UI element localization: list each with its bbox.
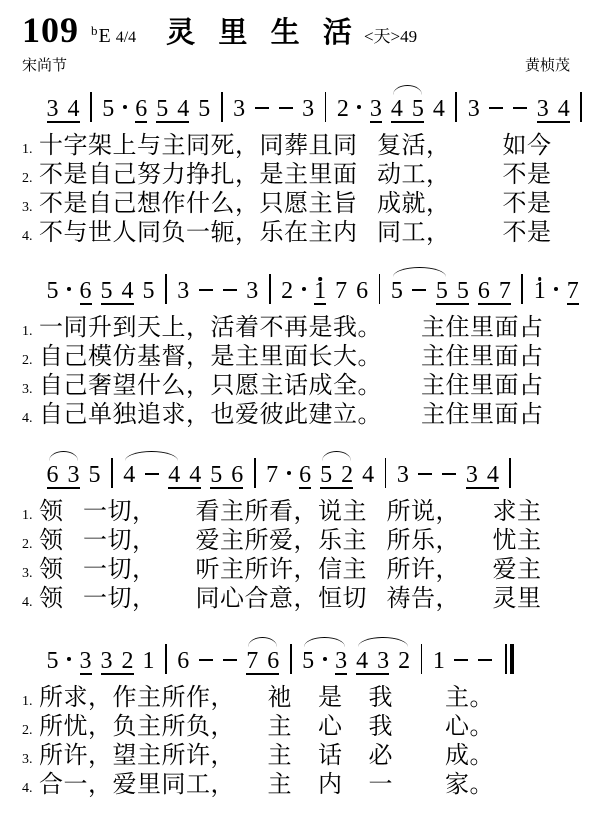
note: 5 bbox=[210, 460, 222, 490]
beam-underline bbox=[320, 487, 353, 489]
lyric-line: 3.所许，望主所许， 主 话 必 成。 bbox=[22, 742, 572, 771]
slur-arc bbox=[393, 267, 446, 277]
octave-dot bbox=[318, 277, 322, 281]
music-line-1: 34565453323454334 bbox=[42, 80, 572, 130]
lyric-line: 4.自己单独追求，也爱彼此建立。 主住里面占 bbox=[22, 401, 572, 430]
note: 4 bbox=[558, 94, 570, 124]
lyric-line: 2.所忧，负主所负， 主 心 我 心。 bbox=[22, 713, 572, 742]
note: 6 bbox=[299, 460, 311, 490]
lyric-text: 所许，望主所许， 主 话 必 成。 bbox=[39, 742, 494, 771]
dot-after-note bbox=[357, 105, 361, 109]
duration-dash bbox=[478, 659, 492, 661]
barline bbox=[269, 274, 271, 304]
verse-number: 2. bbox=[22, 346, 39, 375]
note: 6 bbox=[177, 646, 189, 676]
note: 5 bbox=[47, 646, 59, 676]
barline bbox=[379, 274, 381, 304]
duration-dash bbox=[513, 107, 527, 109]
note: 3 bbox=[177, 276, 189, 306]
note: 6 bbox=[47, 460, 59, 490]
note: 3 bbox=[246, 276, 258, 306]
beam-underline bbox=[168, 487, 201, 489]
note: 3 bbox=[302, 94, 314, 124]
lyric-line: 1.十字架上与主同死，同葬且同 复活， 如今 bbox=[22, 132, 572, 161]
duration-dash bbox=[255, 107, 269, 109]
beam-underline bbox=[210, 487, 243, 489]
slur-arc bbox=[322, 451, 351, 461]
note: 3 bbox=[397, 460, 409, 490]
note: 4 bbox=[487, 460, 499, 490]
note: 3 bbox=[468, 94, 480, 124]
barline bbox=[221, 92, 223, 122]
barline bbox=[521, 274, 523, 304]
note: 6 bbox=[356, 276, 368, 306]
note: 2 bbox=[398, 646, 410, 676]
lyric-text: 一同升到天上，活着不再是我。 主住里面占 bbox=[39, 314, 544, 343]
verse-number: 4. bbox=[22, 774, 39, 803]
note: 5 bbox=[412, 94, 424, 124]
time-signature: 4/4 bbox=[116, 29, 136, 47]
lyric-line: 1.一同升到天上，活着不再是我。 主住里面占 bbox=[22, 314, 572, 343]
beam-underline bbox=[567, 303, 579, 305]
lyric-line: 3.不是自己想作什么，只愿主旨 成就， 不是 bbox=[22, 190, 572, 219]
beam-underline bbox=[436, 303, 469, 305]
lyric-text: 自己单独追求，也爱彼此建立。 主住里面占 bbox=[39, 401, 544, 430]
verse-number: 3. bbox=[22, 745, 39, 774]
duration-dash bbox=[412, 289, 426, 291]
barline bbox=[385, 458, 387, 488]
slur-arc bbox=[358, 637, 408, 647]
note: 4 bbox=[68, 94, 80, 124]
duration-dash bbox=[418, 473, 432, 475]
barline bbox=[254, 458, 256, 488]
note: 5 bbox=[143, 276, 155, 306]
note: 5 bbox=[391, 276, 403, 306]
note: 5 bbox=[436, 276, 448, 306]
lyric-line: 1.所求，作主所作， 祂 是 我 主。 bbox=[22, 684, 572, 713]
note: 4 bbox=[168, 460, 180, 490]
slur-arc bbox=[304, 637, 345, 647]
dot-after-note bbox=[323, 657, 327, 661]
dot-after-note bbox=[67, 287, 71, 291]
note: 5 bbox=[89, 460, 101, 490]
lyric-text: 自己奢望什么，只愿主话成全。 主住里面占 bbox=[39, 372, 544, 401]
beam-underline bbox=[370, 121, 382, 123]
lyric-line: 2.领 一切， 爱主所爱，乐主 所乐， 忧主 bbox=[22, 527, 572, 556]
dot-after-note bbox=[287, 471, 291, 475]
lyric-text: 领 一切， 看主所看，说主 所说， 求主 bbox=[39, 498, 542, 527]
lyric-line: 4.领 一切， 同心合意，恒切 祷告， 灵里 bbox=[22, 585, 572, 614]
verse-number: 4. bbox=[22, 222, 39, 251]
lyrics-block-1: 1.十字架上与主同死，同葬且同 复活， 如今2.不是自己努力挣扎，是主里面 动工… bbox=[22, 132, 572, 248]
key-signature: bE bbox=[91, 23, 111, 48]
beam-underline bbox=[391, 121, 424, 123]
note: 4 bbox=[433, 94, 445, 124]
lyric-line: 1.领 一切， 看主所看，说主 所说， 求主 bbox=[22, 498, 572, 527]
lyric-text: 领 一切， 爱主所爱，乐主 所乐， 忧主 bbox=[39, 527, 542, 556]
lyrics-block-3: 1.领 一切， 看主所看，说主 所说， 求主2.领 一切， 爱主所爱，乐主 所乐… bbox=[22, 498, 572, 614]
hymn-sheet: 109 bE 4/4 灵 里 生 活 <天>49 宋尚节 黄桢茂 3456545… bbox=[0, 0, 594, 800]
note: 4 bbox=[189, 460, 201, 490]
verse-number: 2. bbox=[22, 716, 39, 745]
lyric-line: 3.自己奢望什么，只愿主话成全。 主住里面占 bbox=[22, 372, 572, 401]
note: 4 bbox=[356, 646, 368, 676]
lyric-text: 自己模仿基督，是主里面长大。 主住里面占 bbox=[39, 343, 544, 372]
note: 4 bbox=[177, 94, 189, 124]
note: 5 bbox=[320, 460, 332, 490]
barline bbox=[509, 458, 511, 488]
note: 3 bbox=[537, 94, 549, 124]
note: 6 bbox=[80, 276, 92, 306]
barline bbox=[455, 92, 457, 122]
note: 2 bbox=[337, 94, 349, 124]
beam-underline bbox=[466, 487, 499, 489]
lyric-text: 不是自己努力挣扎，是主里面 动工， 不是 bbox=[39, 161, 552, 190]
music-line-2: 565453321765556717 bbox=[42, 262, 572, 312]
dot-after-note bbox=[123, 105, 127, 109]
note: 5 bbox=[101, 276, 113, 306]
note: 1 bbox=[534, 276, 546, 306]
note: 5 bbox=[47, 276, 59, 306]
barline bbox=[325, 92, 327, 122]
verse-number: 3. bbox=[22, 375, 39, 404]
dot-after-note bbox=[554, 287, 558, 291]
beam-underline bbox=[356, 673, 389, 675]
note: 1 bbox=[314, 276, 326, 306]
music-line-3: 6354445676524334 bbox=[42, 446, 572, 496]
note: 7 bbox=[567, 276, 579, 306]
slur-arc bbox=[49, 451, 78, 461]
note: 6 bbox=[231, 460, 243, 490]
credits: 宋尚节 黄桢茂 bbox=[22, 54, 572, 75]
slur-arc bbox=[393, 85, 422, 95]
note: 1 bbox=[433, 646, 445, 676]
duration-dash bbox=[223, 289, 237, 291]
note: 3 bbox=[68, 460, 80, 490]
note: 2 bbox=[281, 276, 293, 306]
lyric-line: 4.不与世人同负一轭，乐在主内 同工， 不是 bbox=[22, 219, 572, 248]
duration-dash bbox=[199, 659, 213, 661]
lyric-text: 不与世人同负一轭，乐在主内 同工， 不是 bbox=[39, 219, 552, 248]
note: 1 bbox=[143, 646, 155, 676]
beam-underline bbox=[47, 121, 80, 123]
note: 7 bbox=[266, 460, 278, 490]
note: 3 bbox=[335, 646, 347, 676]
duration-dash bbox=[489, 107, 503, 109]
slur-arc bbox=[248, 637, 277, 647]
lyric-text: 十字架上与主同死，同葬且同 复活， 如今 bbox=[39, 132, 552, 161]
beam-underline bbox=[47, 487, 80, 489]
lyric-text: 所求，作主所作， 祂 是 我 主。 bbox=[39, 684, 494, 713]
duration-dash bbox=[454, 659, 468, 661]
note: 3 bbox=[466, 460, 478, 490]
beam-underline bbox=[80, 303, 92, 305]
beam-underline bbox=[135, 121, 147, 123]
verse-number: 1. bbox=[22, 135, 39, 164]
hymn-title: 灵 里 生 活 bbox=[166, 10, 360, 51]
note: 7 bbox=[499, 276, 511, 306]
duration-dash bbox=[145, 473, 159, 475]
lyric-text: 领 一切， 听主所许，信主 所许， 爱主 bbox=[39, 556, 542, 585]
final-barline bbox=[505, 644, 514, 674]
verse-number: 3. bbox=[22, 559, 39, 588]
lyric-line: 3.领 一切， 听主所许，信主 所许， 爱主 bbox=[22, 556, 572, 585]
barline bbox=[290, 644, 292, 674]
barline bbox=[165, 274, 167, 304]
duration-dash bbox=[199, 289, 213, 291]
verse-number: 4. bbox=[22, 404, 39, 433]
lyric-text: 不是自己想作什么，只愿主旨 成就， 不是 bbox=[39, 190, 552, 219]
beam-underline bbox=[80, 673, 92, 675]
beam-underline bbox=[299, 487, 311, 489]
verse-number: 4. bbox=[22, 588, 39, 617]
lyric-text: 合一，爱里同工， 主 内 一 家。 bbox=[39, 771, 494, 800]
beam-underline bbox=[335, 673, 347, 675]
note: 5 bbox=[198, 94, 210, 124]
note: 4 bbox=[362, 460, 374, 490]
note: 6 bbox=[135, 94, 147, 124]
note: 3 bbox=[101, 646, 113, 676]
hymn-number: 109 bbox=[22, 12, 79, 48]
barline bbox=[111, 458, 113, 488]
note: 2 bbox=[122, 646, 134, 676]
beam-underline bbox=[314, 303, 326, 305]
composer-name: 黄桢茂 bbox=[525, 54, 570, 75]
note: 6 bbox=[267, 646, 279, 676]
note: 5 bbox=[302, 646, 314, 676]
note: 5 bbox=[457, 276, 469, 306]
barline bbox=[165, 644, 167, 674]
note: 4 bbox=[122, 276, 134, 306]
barline bbox=[580, 92, 582, 122]
note: 4 bbox=[391, 94, 403, 124]
beam-underline bbox=[246, 673, 279, 675]
note: 3 bbox=[80, 646, 92, 676]
music-line-4: 53321676534321 bbox=[42, 632, 572, 682]
verse-number: 2. bbox=[22, 164, 39, 193]
duration-dash bbox=[279, 107, 293, 109]
note: 3 bbox=[233, 94, 245, 124]
barline bbox=[421, 644, 423, 674]
note: 7 bbox=[246, 646, 258, 676]
lyrics-block-2: 1.一同升到天上，活着不再是我。 主住里面占2.自己模仿基督，是主里面长大。 主… bbox=[22, 314, 572, 430]
verse-number: 1. bbox=[22, 501, 39, 530]
dot-after-note bbox=[67, 657, 71, 661]
lyricist-name: 宋尚节 bbox=[22, 54, 67, 75]
octave-dot bbox=[538, 277, 542, 281]
verse-number: 2. bbox=[22, 530, 39, 559]
lyric-text: 领 一切， 同心合意，恒切 祷告， 灵里 bbox=[39, 585, 542, 614]
header: 109 bE 4/4 灵 里 生 活 <天>49 bbox=[22, 10, 572, 51]
duration-dash bbox=[442, 473, 456, 475]
beam-underline bbox=[537, 121, 570, 123]
beam-underline bbox=[101, 673, 134, 675]
note: 2 bbox=[341, 460, 353, 490]
note: 7 bbox=[335, 276, 347, 306]
note: 5 bbox=[156, 94, 168, 124]
verse-number: 1. bbox=[22, 687, 39, 716]
beam-underline bbox=[156, 121, 189, 123]
note: 4 bbox=[123, 460, 135, 490]
note: 3 bbox=[47, 94, 59, 124]
note: 5 bbox=[102, 94, 114, 124]
flat-sign: b bbox=[91, 23, 98, 38]
lyric-text: 所忧，负主所负， 主 心 我 心。 bbox=[39, 713, 494, 742]
hymnal-reference: <天>49 bbox=[364, 22, 417, 47]
slur-arc bbox=[125, 451, 178, 461]
lyric-line: 4.合一，爱里同工， 主 内 一 家。 bbox=[22, 771, 572, 800]
dot-after-note bbox=[302, 287, 306, 291]
beam-underline bbox=[101, 303, 134, 305]
verse-number: 1. bbox=[22, 317, 39, 346]
note: 3 bbox=[370, 94, 382, 124]
barline bbox=[90, 92, 92, 122]
beam-underline bbox=[478, 303, 511, 305]
note: 6 bbox=[478, 276, 490, 306]
verse-number: 3. bbox=[22, 193, 39, 222]
lyric-line: 2.自己模仿基督，是主里面长大。 主住里面占 bbox=[22, 343, 572, 372]
key-letter: E bbox=[99, 25, 111, 47]
lyric-line: 2.不是自己努力挣扎，是主里面 动工， 不是 bbox=[22, 161, 572, 190]
duration-dash bbox=[223, 659, 237, 661]
lyrics-block-4: 1.所求，作主所作， 祂 是 我 主。2.所忧，负主所负， 主 心 我 心。3.… bbox=[22, 684, 572, 800]
note: 3 bbox=[377, 646, 389, 676]
